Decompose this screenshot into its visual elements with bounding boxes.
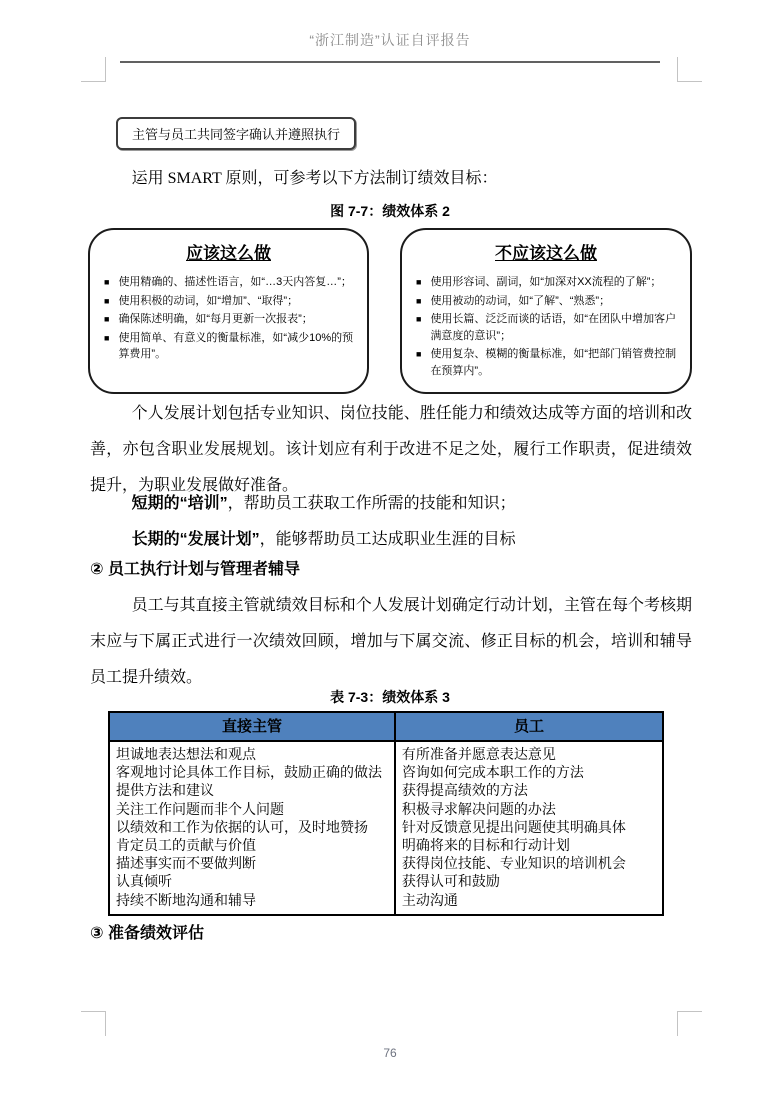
list-item-text: 使用被动的动词，如“了解”、“熟悉”； bbox=[430, 293, 610, 310]
header-divider bbox=[120, 61, 660, 63]
bullet-square-icon: ■ bbox=[416, 274, 421, 290]
execution-paragraph: 员工与其直接主管就绩效目标和个人发展计划确定行动计划，主管在每个考核期末应与下属… bbox=[90, 588, 692, 696]
bullet-square-icon: ■ bbox=[416, 293, 421, 309]
table-row: 主动沟通 bbox=[402, 891, 656, 909]
list-item: ■ 使用简单、有意义的衡量标准，如“减少10%的预算费用”。 bbox=[100, 330, 355, 363]
long-term-line: 长期的“发展计划”，能够帮助员工达成职业生涯的目标 bbox=[90, 526, 692, 549]
figure-caption: 图 7-7：绩效体系 2 bbox=[0, 201, 780, 221]
table-row: 获得认可和鼓励 bbox=[402, 872, 656, 890]
table-row: 积极寻求解决问题的办法 bbox=[402, 800, 656, 818]
section-heading-3: ③ 准备绩效评估 bbox=[90, 920, 692, 943]
crop-mark-top-right-icon bbox=[677, 57, 702, 82]
bullet-square-icon: ■ bbox=[104, 330, 109, 346]
development-plan-paragraph: 个人发展计划包括专业知识、岗位技能、胜任能力和绩效达成等方面的培训和改善，亦包含… bbox=[90, 396, 692, 504]
table-row: 坦诚地表达想法和观点 bbox=[116, 745, 388, 763]
table-header-row: 直接主管 员工 bbox=[110, 713, 662, 742]
list-item-text: 使用长篇、泛泛而谈的话语，如“在团队中增加客户满意度的意识”； bbox=[430, 311, 678, 344]
bullet-square-icon: ■ bbox=[104, 293, 109, 309]
table-row: 关注工作问题而非个人问题 bbox=[116, 800, 388, 818]
list-item: ■ 使用精确的、描述性语言，如“…3天内答复…”； bbox=[100, 274, 355, 291]
do-box-title: 应该这么做 bbox=[90, 239, 367, 264]
table-caption: 表 7-3：绩效体系 3 bbox=[0, 687, 780, 707]
do-box: 应该这么做 ■ 使用精确的、描述性语言，如“…3天内答复…”； ■ 使用积极的动… bbox=[88, 228, 369, 394]
page-number: 76 bbox=[0, 1046, 780, 1060]
dont-box-list: ■ 使用形容词、副词，如“加深对XX流程的了解”； ■ 使用被动的动词，如“了解… bbox=[402, 274, 690, 379]
table-row: 有所准备并愿意表达意见 bbox=[402, 745, 656, 763]
table-row: 描述事实而不要做判断 bbox=[116, 854, 388, 872]
do-box-list: ■ 使用精确的、描述性语言，如“…3天内答复…”； ■ 使用积极的动词，如“增加… bbox=[90, 274, 367, 363]
list-item: ■ 确保陈述明确，如“每月更新一次报表”； bbox=[100, 311, 355, 328]
short-term-rest-text: ，帮助员工获取工作所需的技能和知识； bbox=[228, 495, 516, 512]
long-term-bold-text: 长期的“发展计划” bbox=[132, 531, 260, 548]
list-item: ■ 使用被动的动词，如“了解”、“熟悉”； bbox=[412, 293, 678, 310]
crop-mark-top-left-icon bbox=[81, 57, 106, 82]
list-item-text: 使用形容词、副词，如“加深对XX流程的了解”； bbox=[430, 274, 661, 291]
section-heading-2: ② 员工执行计划与管理者辅导 bbox=[90, 556, 692, 579]
table-header-supervisor: 直接主管 bbox=[110, 713, 396, 740]
list-item: ■ 使用积极的动词，如“增加”、“取得”； bbox=[100, 293, 355, 310]
table-row: 持续不断地沟通和辅导 bbox=[116, 891, 388, 909]
short-term-line: 短期的“培训”，帮助员工获取工作所需的技能和知识； bbox=[90, 490, 692, 513]
supervisor-cell: 坦诚地表达想法和观点 客观地讨论具体工作目标，鼓励正确的做法 提供方法和建议 关… bbox=[110, 742, 396, 914]
table-row: 客观地讨论具体工作目标，鼓励正确的做法 bbox=[116, 763, 388, 781]
table-row: 获得岗位技能、专业知识的培训机会 bbox=[402, 854, 656, 872]
long-term-rest-text: ，能够帮助员工达成职业生涯的目标 bbox=[260, 531, 516, 548]
signature-callout-box: 主管与员工共同签字确认并遵照执行 bbox=[116, 117, 356, 150]
list-item-text: 使用复杂、模糊的衡量标准，如“把部门销管费控制在预算内”。 bbox=[430, 346, 678, 379]
list-item: ■ 使用形容词、副词，如“加深对XX流程的了解”； bbox=[412, 274, 678, 291]
employee-cell: 有所准备并愿意表达意见 咨询如何完成本职工作的方法 获得提高绩效的方法 积极寻求… bbox=[396, 742, 662, 914]
crop-mark-bottom-right-icon bbox=[677, 1011, 702, 1036]
list-item: ■ 使用长篇、泛泛而谈的话语，如“在团队中增加客户满意度的意识”； bbox=[412, 311, 678, 344]
list-item-text: 使用简单、有意义的衡量标准，如“减少10%的预算费用”。 bbox=[118, 330, 355, 363]
table-row: 咨询如何完成本职工作的方法 bbox=[402, 763, 656, 781]
dont-box-title: 不应该这么做 bbox=[402, 239, 690, 264]
bullet-square-icon: ■ bbox=[104, 274, 109, 290]
dont-box: 不应该这么做 ■ 使用形容词、副词，如“加深对XX流程的了解”； ■ 使用被动的… bbox=[400, 228, 692, 394]
table-body-row: 坦诚地表达想法和观点 客观地讨论具体工作目标，鼓励正确的做法 提供方法和建议 关… bbox=[110, 742, 662, 914]
table-row: 以绩效和工作为依据的认可，及时地赞扬 bbox=[116, 818, 388, 836]
crop-mark-bottom-left-icon bbox=[81, 1011, 106, 1036]
bullet-square-icon: ■ bbox=[104, 311, 109, 327]
table-row: 针对反馈意见提出问题使其明确具体 bbox=[402, 818, 656, 836]
table-row: 认真倾听 bbox=[116, 872, 388, 890]
performance-table: 直接主管 员工 坦诚地表达想法和观点 客观地讨论具体工作目标，鼓励正确的做法 提… bbox=[108, 711, 664, 916]
list-item-text: 使用积极的动词，如“增加”、“取得”； bbox=[118, 293, 298, 310]
table-row: 明确将来的目标和行动计划 bbox=[402, 836, 656, 854]
bullet-square-icon: ■ bbox=[416, 346, 421, 362]
short-term-bold-text: 短期的“培训” bbox=[132, 495, 228, 512]
bullet-square-icon: ■ bbox=[416, 311, 421, 327]
smart-intro-paragraph: 运用 SMART 原则，可参考以下方法制订绩效目标： bbox=[90, 165, 692, 188]
table-header-employee: 员工 bbox=[396, 713, 662, 740]
list-item-text: 使用精确的、描述性语言，如“…3天内答复…”； bbox=[118, 274, 351, 291]
table-row: 肯定员工的贡献与价值 bbox=[116, 836, 388, 854]
list-item-text: 确保陈述明确，如“每月更新一次报表”； bbox=[118, 311, 312, 328]
table-row: 获得提高绩效的方法 bbox=[402, 781, 656, 799]
table-row: 提供方法和建议 bbox=[116, 781, 388, 799]
list-item: ■ 使用复杂、模糊的衡量标准，如“把部门销管费控制在预算内”。 bbox=[412, 346, 678, 379]
page-header-title: “浙江制造”认证自评报告 bbox=[0, 30, 780, 50]
